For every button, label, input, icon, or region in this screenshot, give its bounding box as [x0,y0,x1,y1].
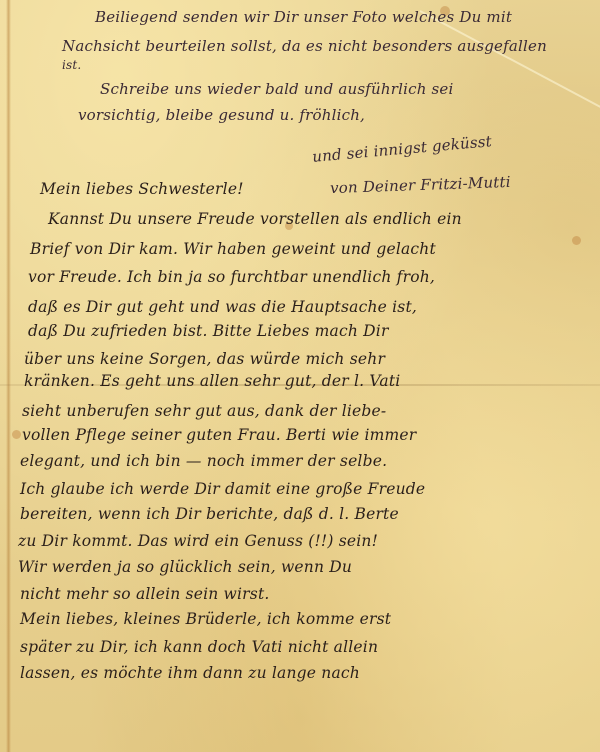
body-line: sieht unberufen sehr gut aus, dank der l… [22,402,386,420]
body-line: Ich glaube ich werde Dir damit eine groß… [20,480,425,498]
postscript-line: vorsichtig, bleibe gesund u. fröhlich, [78,106,365,124]
body-line: Brief von Dir kam. Wir haben geweint und… [30,240,436,258]
body-line: zu Dir kommt. Das wird ein Genuss (!!) s… [18,532,378,550]
body-line: über uns keine Sorgen, das würde mich se… [24,350,385,368]
body-line: vollen Pflege seiner guten Frau. Berti w… [22,426,416,444]
letter-page: Beiliegend senden wir Dir unser Foto wel… [0,0,600,752]
body-line: lassen, es möchte ihm dann zu lange nach [20,664,360,682]
stain [12,430,21,439]
paper-edge-stain [6,0,11,752]
body-line: Mein liebes, kleines Brüderle, ich komme… [20,610,391,628]
signature: von Deiner Fritzi-Mutti [330,173,511,197]
body-line: Kannst Du unsere Freude vorstellen als e… [48,210,462,228]
body-line: bereiten, wenn ich Dir berichte, daß d. … [20,505,399,523]
postscript-line: Beiliegend senden wir Dir unser Foto wel… [95,8,512,26]
body-line: daß es Dir gut geht und was die Hauptsac… [28,298,417,316]
body-line: Wir werden ja so glücklich sein, wenn Du [18,558,352,576]
closing-line: und sei innigst geküsst [312,132,493,166]
body-line: später zu Dir, ich kann doch Vati nicht … [20,638,378,656]
salutation: Mein liebes Schwesterle! [40,180,244,198]
stain [572,236,581,245]
body-line: elegant, und ich bin — noch immer der se… [20,452,387,470]
body-line: daß Du zufrieden bist. Bitte Liebes mach… [28,322,389,340]
body-line: vor Freude. Ich bin ja so furchtbar unen… [28,268,435,286]
postscript-line: ist. [62,58,81,72]
postscript-line: Nachsicht beurteilen sollst, da es nicht… [62,37,547,55]
body-line: nicht mehr so allein sein wirst. [20,585,270,603]
body-line: kränken. Es geht uns allen sehr gut, der… [24,372,400,390]
postscript-line: Schreibe uns wieder bald und ausführlich… [100,80,454,98]
